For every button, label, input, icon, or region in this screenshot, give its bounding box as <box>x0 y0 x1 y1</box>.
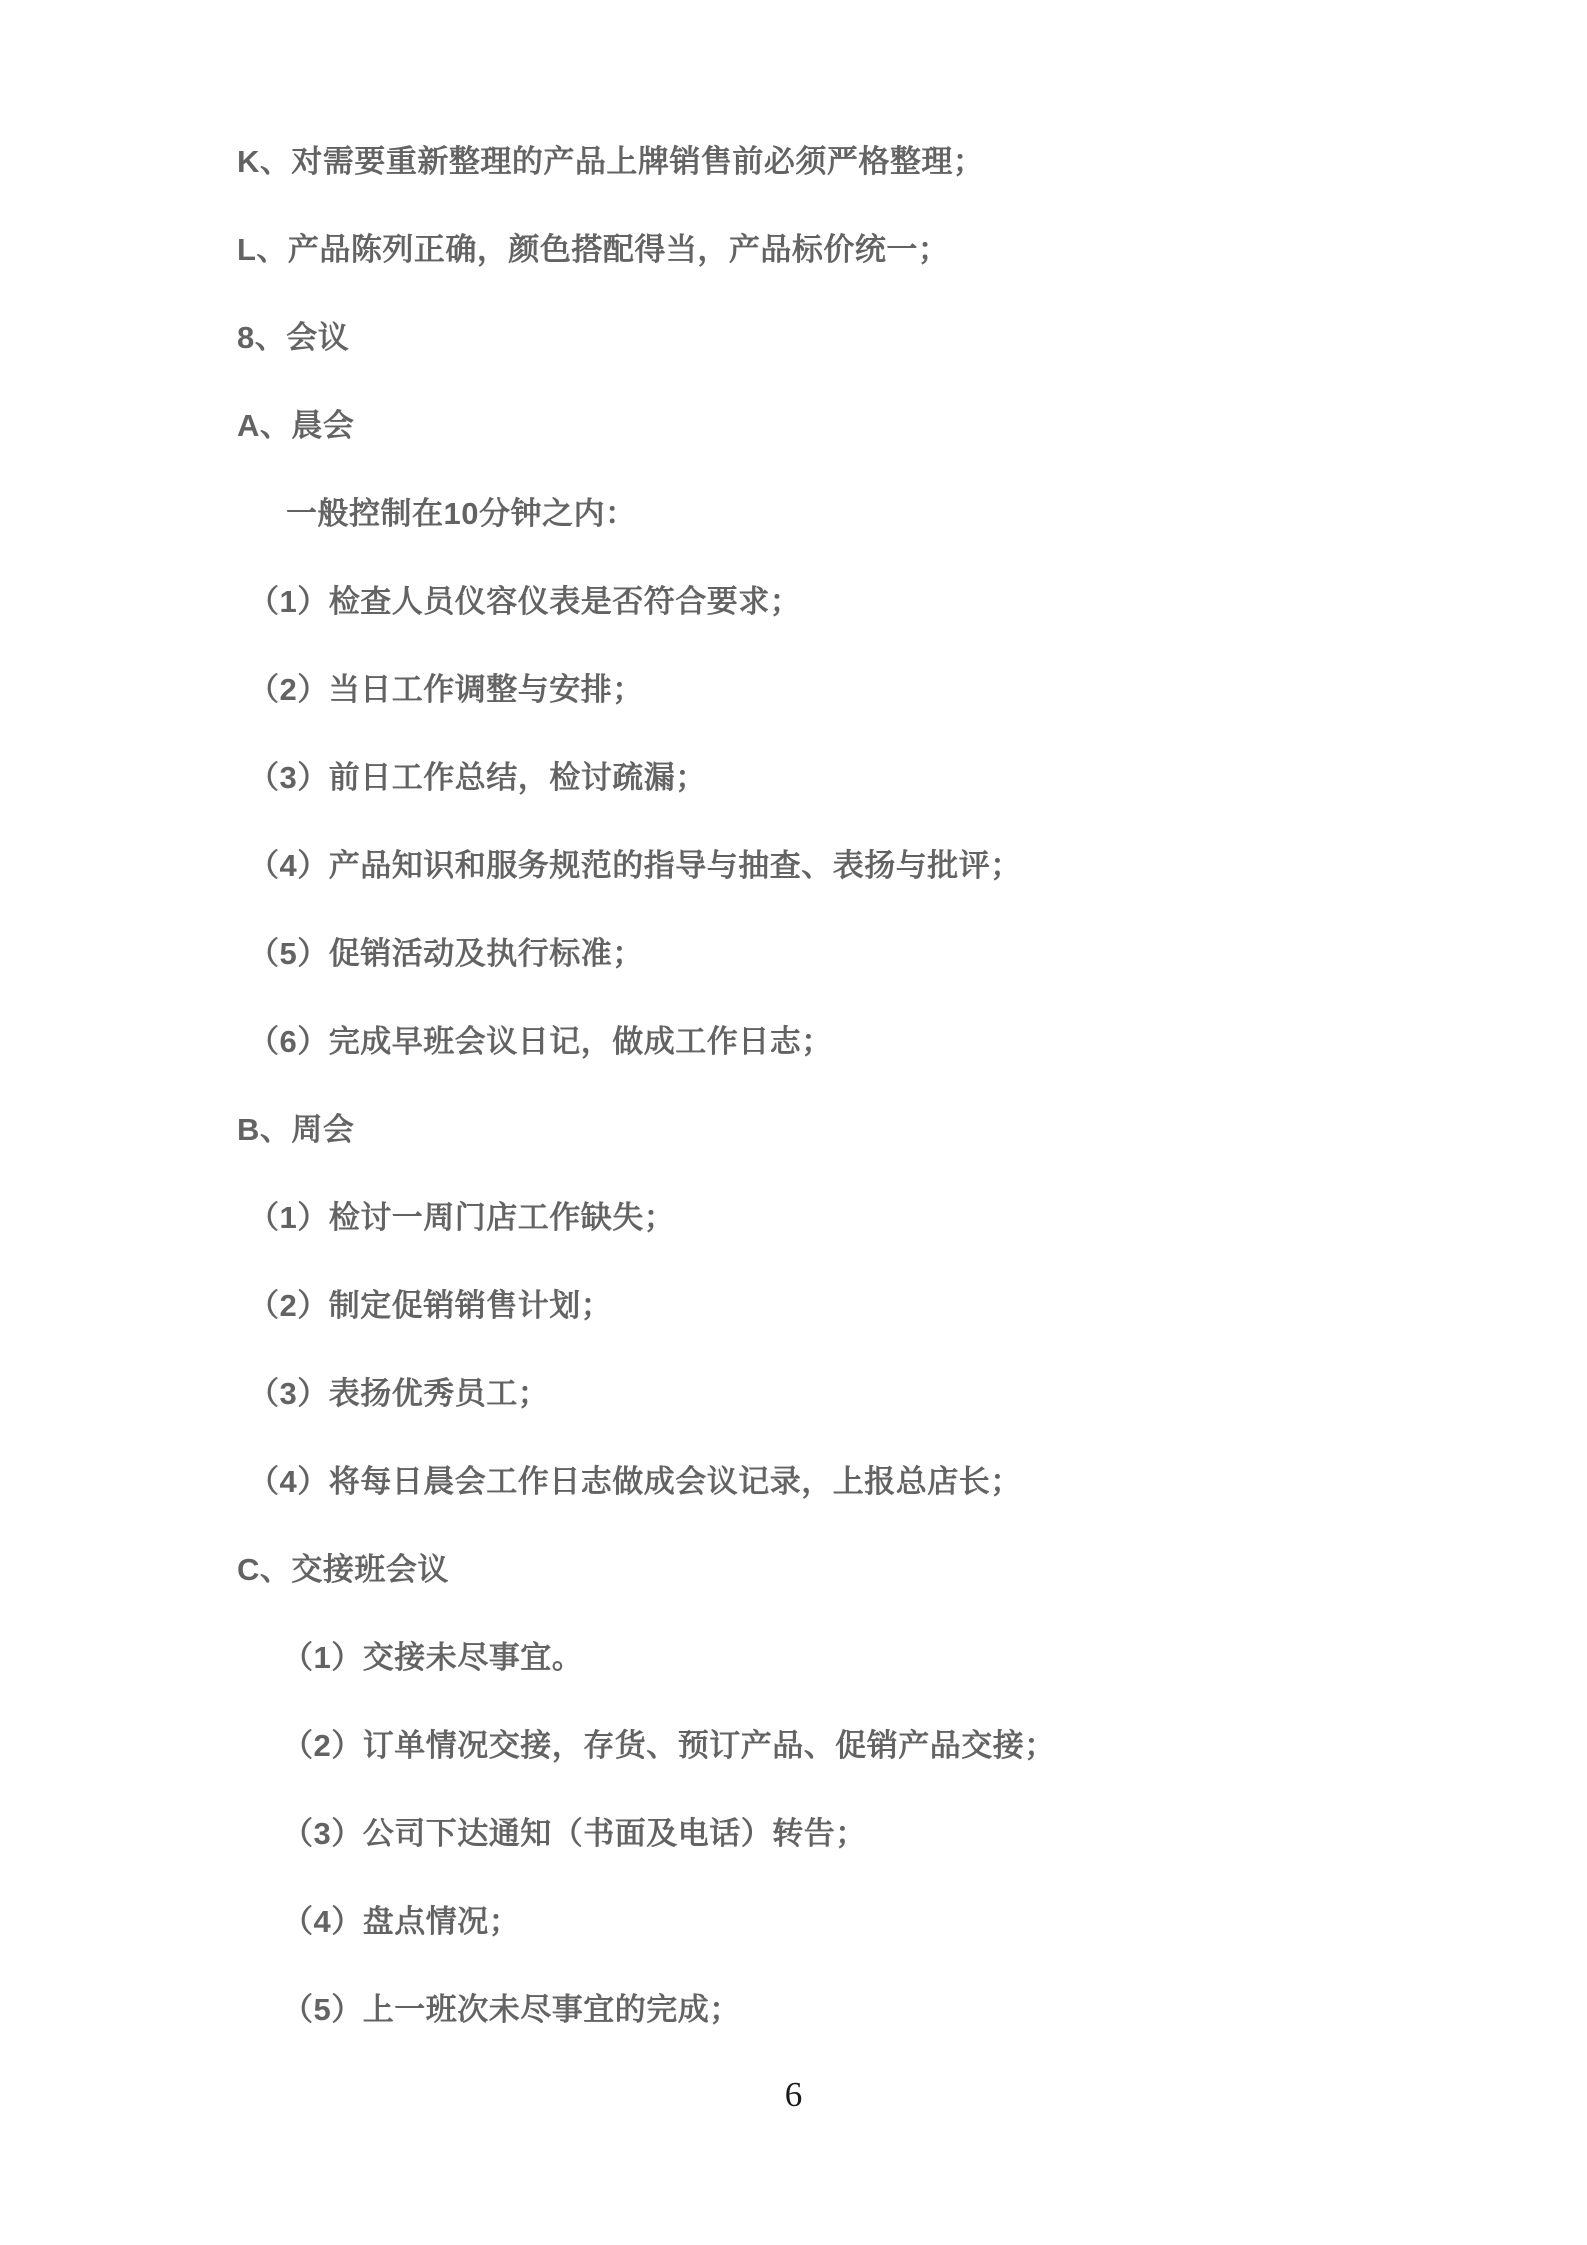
document-line: C、交接班会议 <box>237 1552 1437 1588</box>
document-line: （2）当日工作调整与安排； <box>248 672 1437 708</box>
document-line: （6）完成早班会议日记，做成工作日志； <box>248 1024 1437 1060</box>
document-line: （4）盘点情况； <box>282 1904 1437 1940</box>
document-line: 一般控制在10分钟之内： <box>286 496 1437 532</box>
document-line: （1）检查人员仪容仪表是否符合要求； <box>248 584 1437 620</box>
document-line: （2）制定促销销售计划； <box>248 1288 1437 1324</box>
document-page: K、对需要重新整理的产品上牌销售前必须严格整理；L、产品陈列正确，颜色搭配得当，… <box>0 0 1587 2245</box>
document-line: K、对需要重新整理的产品上牌销售前必须严格整理； <box>237 144 1437 180</box>
document-line: （3）公司下达通知（书面及电话）转告； <box>282 1816 1437 1852</box>
page-number: 6 <box>0 2076 1587 2114</box>
document-line: （3）前日工作总结，检讨疏漏； <box>248 760 1437 796</box>
document-line: （1）交接未尽事宜。 <box>282 1640 1437 1676</box>
document-line: （4）产品知识和服务规范的指导与抽查、表扬与批评； <box>248 848 1437 884</box>
document-line: （1）检讨一周门店工作缺失； <box>248 1200 1437 1236</box>
document-line: （3）表扬优秀员工； <box>248 1376 1437 1412</box>
document-line: （2）订单情况交接，存货、预订产品、促销产品交接； <box>282 1728 1437 1764</box>
document-line: （5）上一班次未尽事宜的完成； <box>282 1992 1437 2028</box>
document-line: 8、会议 <box>237 320 1437 356</box>
document-line: B、周会 <box>237 1112 1437 1148</box>
document-body: K、对需要重新整理的产品上牌销售前必须严格整理；L、产品陈列正确，颜色搭配得当，… <box>237 144 1437 2080</box>
document-line: （5）促销活动及执行标准； <box>248 936 1437 972</box>
document-line: A、晨会 <box>237 408 1437 444</box>
document-line: （4）将每日晨会工作日志做成会议记录，上报总店长； <box>248 1464 1437 1500</box>
document-line: L、产品陈列正确，颜色搭配得当，产品标价统一； <box>237 232 1437 268</box>
